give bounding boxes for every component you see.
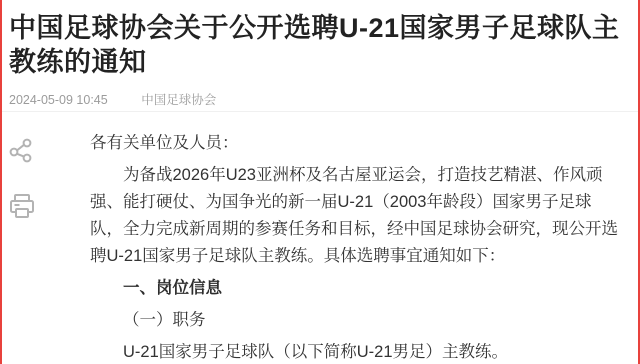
publish-date: 2024-05-09 10:45 xyxy=(9,93,108,107)
article-body: 各有关单位及人员： 为备战2026年U23亚洲杯及名古屋亚运会，打造技艺精湛、作… xyxy=(90,130,623,364)
print-icon xyxy=(8,192,36,220)
article-page: 中国足球协会关于公开选聘U-21国家男子足球队主教练的通知 2024-05-09… xyxy=(0,0,640,364)
section-1-heading: 一、岗位信息 xyxy=(90,275,623,302)
page-title: 中国足球协会关于公开选聘U-21国家男子足球队主教练的通知 xyxy=(9,11,628,79)
tool-rail xyxy=(8,136,42,220)
share-icon xyxy=(8,137,36,163)
meta-line: 2024-05-09 10:45 中国足球协会 xyxy=(9,90,628,108)
article-header: 中国足球协会关于公开选聘U-21国家男子足球队主教练的通知 2024-05-09… xyxy=(2,0,638,108)
print-button[interactable] xyxy=(8,192,36,220)
salutation: 各有关单位及人员： xyxy=(90,130,623,157)
section-1-sub-heading: （一）职务 xyxy=(90,307,623,334)
share-button[interactable] xyxy=(8,136,36,164)
section-1-sub-text: U-21国家男子足球队（以下简称U-21男足）主教练。 xyxy=(90,339,623,364)
publish-source: 中国足球协会 xyxy=(141,93,216,107)
intro-paragraph: 为备战2026年U23亚洲杯及名古屋亚运会，打造技艺精湛、作风顽强、能打硬仗、为… xyxy=(90,162,623,270)
header-divider xyxy=(2,111,638,112)
